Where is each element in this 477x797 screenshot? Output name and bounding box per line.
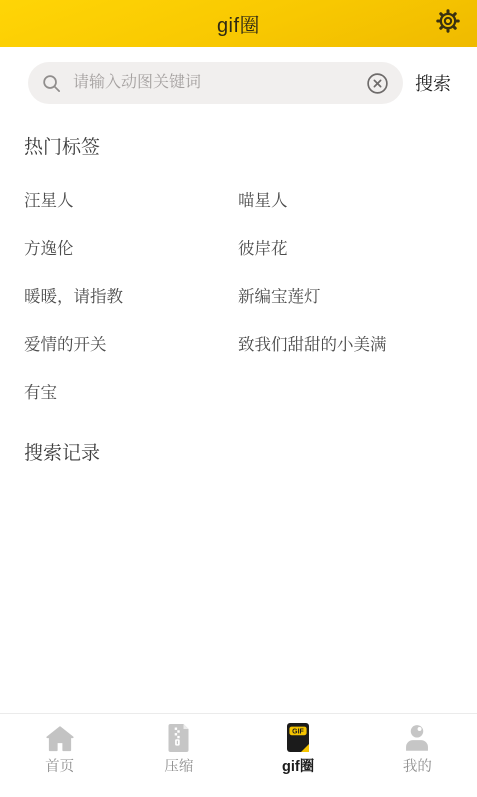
tag-item[interactable]: 方逸伦 bbox=[24, 241, 238, 257]
search-bar[interactable] bbox=[28, 62, 403, 104]
tag-item[interactable]: 致我们甜甜的小美满 bbox=[238, 337, 454, 353]
tab-label: gif圈 bbox=[282, 755, 314, 776]
hot-tags-heading: 热门标签 bbox=[24, 132, 100, 159]
search-icon bbox=[41, 73, 62, 94]
tab-label: 压缩 bbox=[164, 755, 193, 776]
tab-compress[interactable]: 压缩 bbox=[119, 714, 238, 784]
tag-item[interactable]: 彼岸花 bbox=[238, 241, 454, 257]
tag-item[interactable]: 喵星人 bbox=[238, 193, 454, 209]
circle-x-icon bbox=[365, 71, 390, 96]
search-row: 搜索 bbox=[28, 62, 463, 104]
tag-item[interactable]: 新编宝莲灯 bbox=[238, 289, 454, 305]
tab-label: 首页 bbox=[45, 755, 74, 776]
bottom-tab-bar: 首页 压缩 bbox=[0, 713, 477, 784]
tab-home[interactable]: 首页 bbox=[0, 714, 119, 784]
tag-item[interactable]: 汪星人 bbox=[24, 193, 238, 209]
tab-label: 我的 bbox=[403, 755, 432, 776]
gear-icon bbox=[435, 8, 461, 39]
home-icon bbox=[45, 721, 75, 753]
user-icon bbox=[402, 721, 432, 753]
search-history-heading: 搜索记录 bbox=[24, 438, 100, 465]
hot-tags-grid: 汪星人 喵星人 方逸伦 彼岸花 暖暖，请指教 新编宝莲灯 爱情的开关 致我们甜甜… bbox=[24, 193, 454, 401]
tag-item[interactable]: 有宝 bbox=[24, 385, 238, 401]
app-screen: gif圈 bbox=[0, 0, 477, 797]
app-header: gif圈 bbox=[0, 0, 477, 47]
tab-gif-circle[interactable]: GIF gif圈 bbox=[239, 714, 358, 784]
gif-badge-text: GIF bbox=[292, 728, 304, 735]
clear-search-button[interactable] bbox=[364, 70, 390, 96]
gif-file-icon: GIF bbox=[284, 721, 312, 753]
tag-item[interactable]: 爱情的开关 bbox=[24, 337, 238, 353]
tab-mine[interactable]: 我的 bbox=[358, 714, 477, 784]
tag-item[interactable]: 暖暖，请指教 bbox=[24, 289, 238, 305]
zip-file-icon bbox=[165, 721, 192, 753]
search-input[interactable] bbox=[71, 73, 364, 93]
search-submit-button[interactable]: 搜索 bbox=[403, 70, 463, 96]
page-title: gif圈 bbox=[217, 9, 260, 38]
settings-button[interactable] bbox=[434, 10, 462, 38]
